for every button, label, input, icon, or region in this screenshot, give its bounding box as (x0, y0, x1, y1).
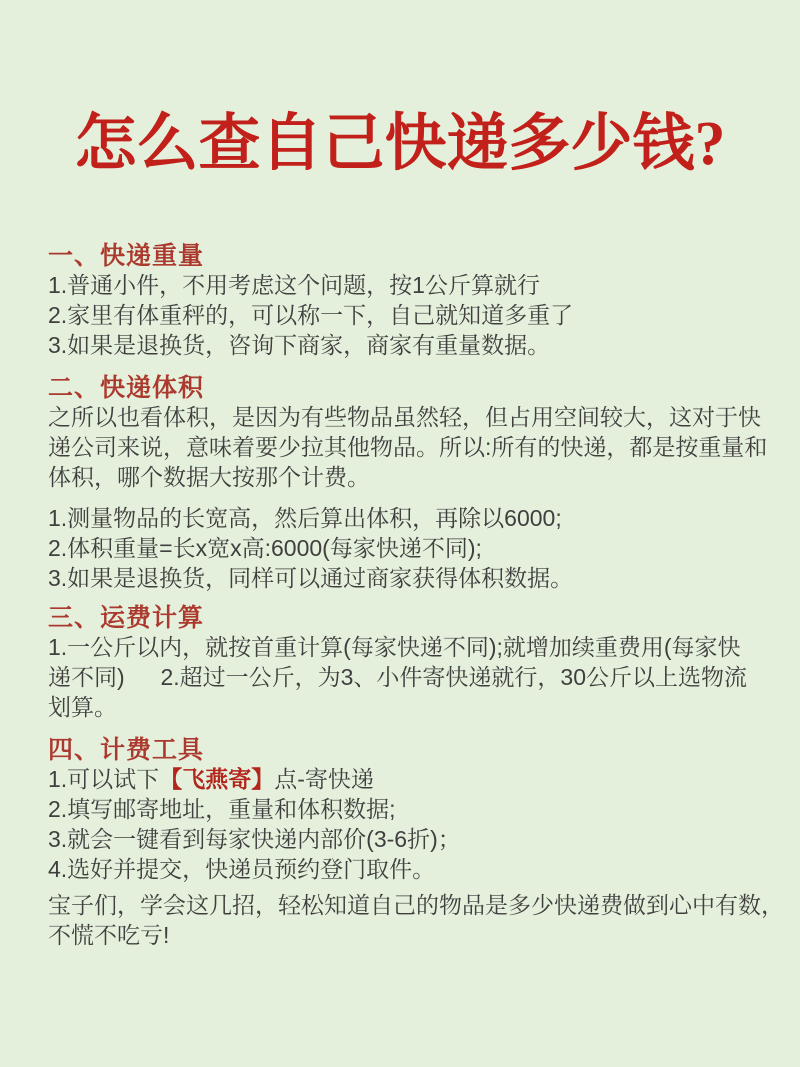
body-line: 不慌不吃亏! (48, 920, 764, 950)
body-line: 2.家里有体重秤的，可以称一下，自己就知道多重了 (48, 300, 764, 330)
body-line: 1.测量物品的长宽高，然后算出体积，再除以6000; (48, 503, 764, 533)
volume-steps: 1.测量物品的长宽高，然后算出体积，再除以6000; 2.体积重量=长x宽x高:… (48, 503, 764, 593)
body-line: 递不同) 2.超过一公斤，为3、小件寄快递就行，30公斤以上选物流 (48, 662, 764, 692)
section-billing-tool: 四、计费工具 1.可以试下【飞燕寄】点-寄快递 2.填写邮寄地址，重量和体积数据… (48, 737, 764, 884)
section-shipping-cost: 三、运费计算 1.一公斤以内，就按首重计算(每家快递不同);就增加续重费用(每家… (48, 605, 764, 722)
body-line: 1.普通小件，不用考虑这个问题，按1公斤算就行 (48, 270, 764, 300)
section-heading-volume: 二、快递体积 (48, 375, 764, 402)
body-line: 宝子们，学会这几招，轻松知道自己的物品是多少快递费做到心中有数， (48, 890, 764, 920)
body-line: 3.就会一键看到每家快递内部价(3-6折)； (48, 824, 764, 854)
body-line: 4.选好并提交，快递员预约登门取件。 (48, 854, 764, 884)
infographic-card: 怎么查自己快递多少钱? 一、快递重量 1.普通小件，不用考虑这个问题，按1公斤算… (0, 0, 800, 1067)
card-content: 一、快递重量 1.普通小件，不用考虑这个问题，按1公斤算就行 2.家里有体重秤的… (0, 243, 800, 950)
section-heading-weight: 一、快递重量 (48, 243, 764, 270)
brand-highlight: 【飞燕寄】 (159, 766, 274, 792)
closing-note: 宝子们，学会这几招，轻松知道自己的物品是多少快递费做到心中有数， 不慌不吃亏! (48, 890, 764, 950)
body-line: 递公司来说，意味着要少拉其他物品。所以:所有的快递，都是按重量和 (48, 432, 764, 462)
body-line: 1.一公斤以内，就按首重计算(每家快递不同);就增加续重费用(每家快 (48, 632, 764, 662)
tool-line: 1.可以试下【飞燕寄】点-寄快递 (48, 764, 764, 794)
body-line: 2.填写邮寄地址，重量和体积数据; (48, 794, 764, 824)
section-parcel-weight: 一、快递重量 1.普通小件，不用考虑这个问题，按1公斤算就行 2.家里有体重秤的… (48, 243, 764, 360)
tool-line-prefix: 1.可以试下 (48, 766, 159, 792)
body-line: 体积，哪个数据大按那个计费。 (48, 462, 764, 492)
section-heading-tool: 四、计费工具 (48, 737, 764, 764)
volume-paragraph: 之所以也看体积，是因为有些物品虽然轻，但占用空间较大，这对于快 递公司来说，意味… (48, 402, 764, 492)
page-title: 怎么查自己快递多少钱? (0, 113, 800, 175)
section-heading-cost: 三、运费计算 (48, 605, 764, 632)
body-line: 划算。 (48, 692, 764, 722)
section-parcel-volume: 二、快递体积 之所以也看体积，是因为有些物品虽然轻，但占用空间较大，这对于快 递… (48, 375, 764, 593)
body-line: 3.如果是退换货，同样可以通过商家获得体积数据。 (48, 563, 764, 593)
body-line: 3.如果是退换货，咨询下商家，商家有重量数据。 (48, 330, 764, 360)
body-line: 2.体积重量=长x宽x高:6000(每家快递不同); (48, 533, 764, 563)
tool-line-suffix: 点-寄快递 (274, 766, 374, 792)
body-line: 之所以也看体积，是因为有些物品虽然轻，但占用空间较大，这对于快 (48, 402, 764, 432)
